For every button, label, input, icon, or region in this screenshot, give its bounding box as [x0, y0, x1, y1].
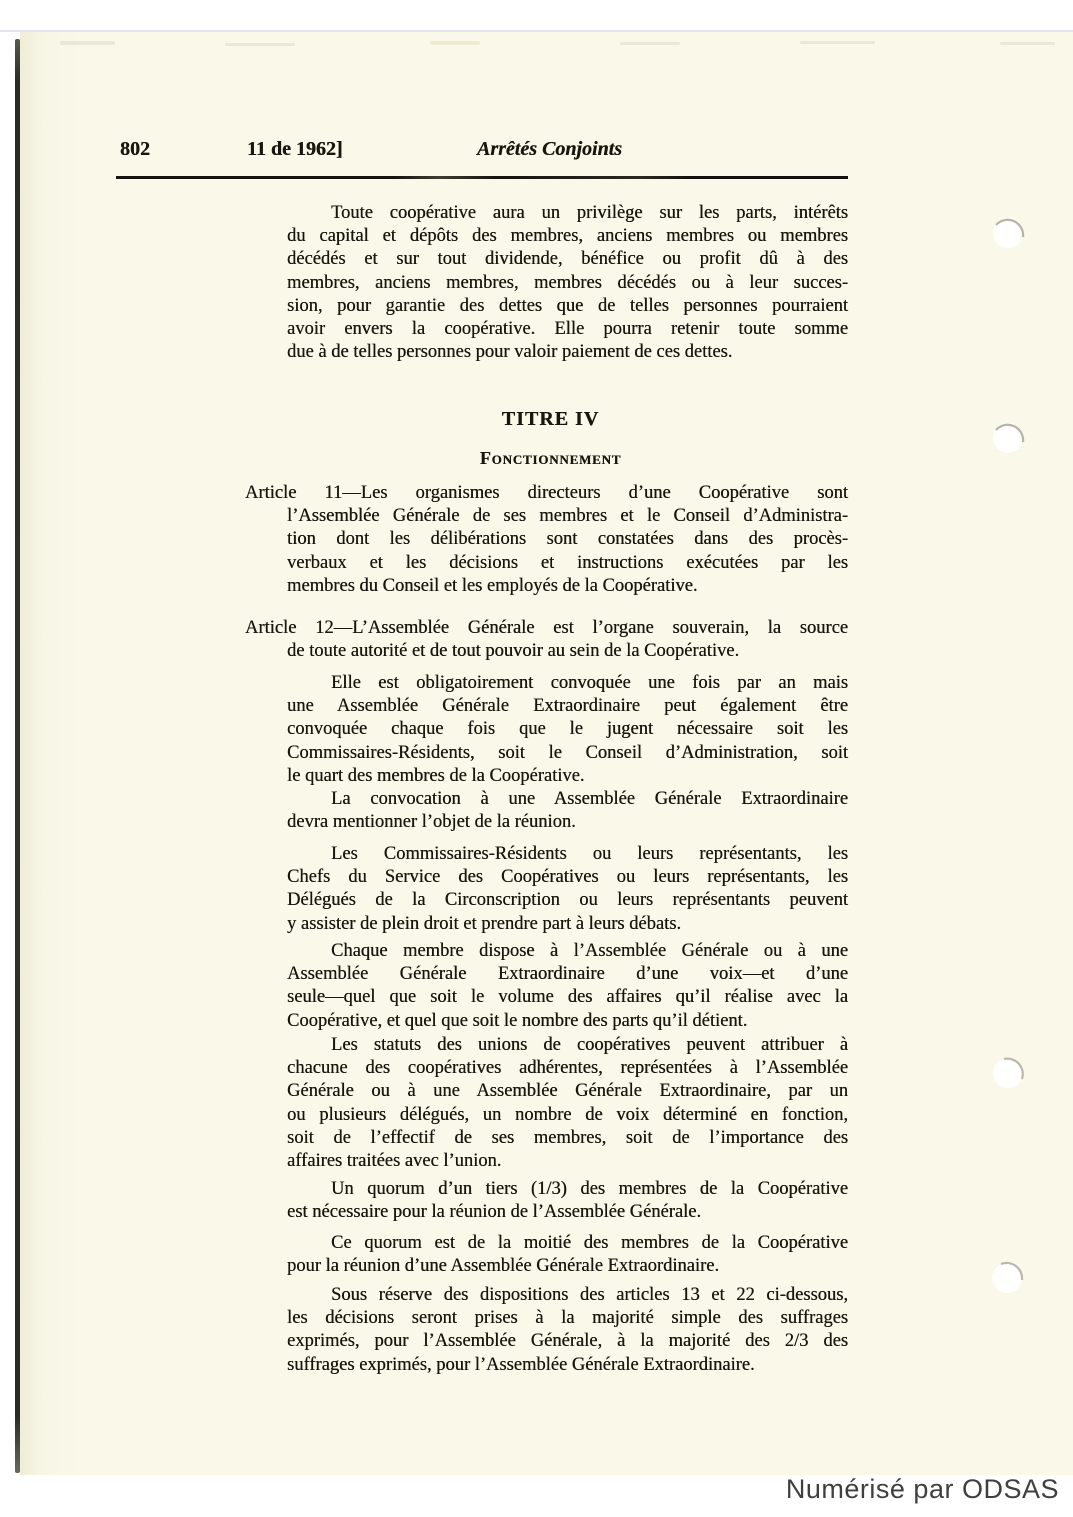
- paragraph-convoquee: Elle est obligatoirement convoquée une f…: [287, 672, 848, 788]
- page-content: 802 11 de 1962] Arrêtés Conjoints Toute …: [0, 0, 1073, 1517]
- punch-hole: [989, 1260, 1025, 1296]
- paragraph-article-12: Article 12—L’Assemblée Générale est l’or…: [245, 617, 848, 663]
- section-subtitle: Fonctionnement: [270, 447, 831, 470]
- paragraph-quorum-tiers: Un quorum d’un tiers (1/3) des membres d…: [287, 1178, 848, 1224]
- paragraph-convocation: La convocation à une Assemblée Générale …: [287, 788, 848, 834]
- paragraph-privilege: Toute coopérative aura un privilège sur …: [287, 202, 848, 364]
- paragraph-commissaires: Les Commissaires-Résidents ou leurs repr…: [287, 843, 848, 936]
- punch-hole: [990, 1055, 1026, 1091]
- punch-hole: [990, 420, 1026, 456]
- page-number: 802: [120, 138, 150, 161]
- paragraph-sous-reserve: Sous réserve des dispositions des articl…: [287, 1284, 848, 1377]
- odsas-watermark: Numérisé par ODSAS: [786, 1474, 1059, 1505]
- journal-title: Arrêtés Conjoints: [269, 138, 830, 161]
- paragraph-quorum-moitie: Ce quorum est de la moitié des membres d…: [287, 1232, 848, 1278]
- header-rule: [116, 176, 848, 179]
- paragraph-chaque-membre: Chaque membre dispose à l’Assemblée Géné…: [287, 940, 848, 1033]
- paragraph-statuts-unions: Les statuts des unions de coopératives p…: [287, 1034, 848, 1173]
- section-title: TITRE IV: [270, 408, 831, 431]
- paragraph-article-11: Article 11—Les organismes directeurs d’u…: [245, 482, 848, 598]
- punch-hole: [990, 215, 1026, 251]
